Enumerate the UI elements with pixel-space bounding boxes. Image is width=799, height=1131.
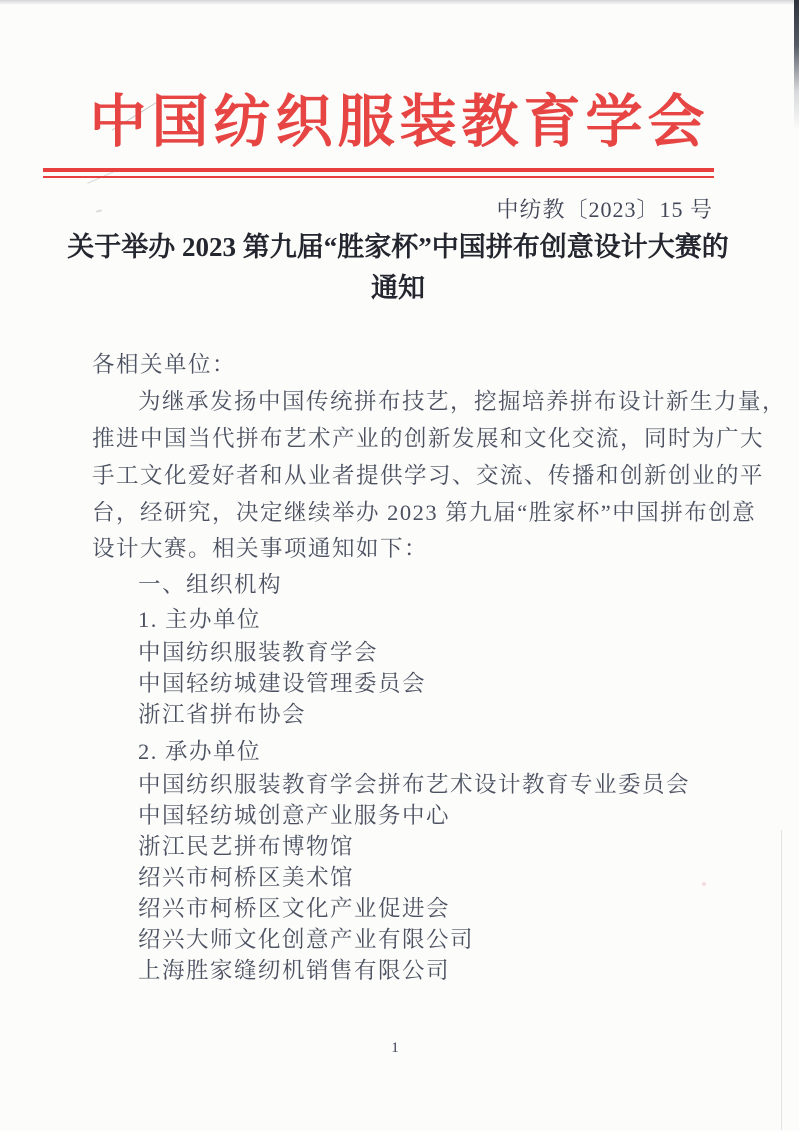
list-label-organizer-units: 2. 承办单位: [92, 734, 772, 769]
letterhead-org-name: 中国纺织服装教育学会: [0, 76, 799, 158]
paragraph-line: 设计大赛。相关事项通知如下：: [92, 531, 772, 567]
scan-faint-line: [781, 830, 782, 1130]
org-name-line: 中国轻纺城创意产业服务中心: [92, 800, 772, 831]
org-name-line: 浙江民艺拼布博物馆: [92, 831, 772, 862]
section-heading: 一、组织机构: [92, 567, 772, 602]
org-name-line: 浙江省拼布协会: [92, 699, 772, 730]
document-number: 中纺教〔2023〕15 号: [0, 193, 713, 224]
org-name-line: 绍兴市柯桥区文化产业促进会: [92, 893, 772, 924]
scanned-document-page: 中国纺织服装教育学会 中纺教〔2023〕15 号 关于举办 2023 第九届“胜…: [0, 0, 799, 1131]
org-name-line: 绍兴市柯桥区美术馆: [92, 862, 772, 893]
letterhead-double-rule: [43, 168, 714, 178]
salutation: 各相关单位：: [92, 346, 772, 383]
org-name-line: 中国纺织服装教育学会拼布艺术设计教育专业委员会: [92, 769, 772, 800]
paragraph-line: 手工文化爱好者和从业者提供学习、交流、传播和创新创业的平: [92, 457, 772, 494]
document-title: 关于举办 2023 第九届“胜家杯”中国拼布创意设计大赛的 通知: [0, 227, 796, 309]
document-title-line2: 通知: [0, 268, 796, 309]
page-number: 1: [0, 1040, 790, 1057]
scan-edge-top: [0, 0, 799, 5]
org-name-line: 绍兴大师文化创意产业有限公司: [92, 924, 772, 955]
org-name-line: 中国轻纺城建设管理委员会: [92, 668, 772, 699]
org-name-line: 上海胜家缝纫机销售有限公司: [92, 955, 772, 986]
document-title-line1: 关于举办 2023 第九届“胜家杯”中国拼布创意设计大赛的: [0, 227, 796, 268]
document-body: 各相关单位： 为继承发扬中国传统拼布技艺，挖掘培养拼布设计新生力量， 推进中国当…: [92, 346, 772, 986]
org-name-line: 中国纺织服装教育学会: [92, 637, 772, 668]
paragraph-line: 台，经研究，决定继续举办 2023 第九届“胜家杯”中国拼布创意: [92, 494, 772, 531]
paragraph-line: 推进中国当代拼布艺术产业的创新发展和文化交流，同时为广大: [92, 420, 772, 457]
paragraph-line: 为继承发扬中国传统拼布技艺，挖掘培养拼布设计新生力量，: [92, 383, 772, 420]
list-label-host-units: 1. 主办单位: [92, 602, 772, 637]
